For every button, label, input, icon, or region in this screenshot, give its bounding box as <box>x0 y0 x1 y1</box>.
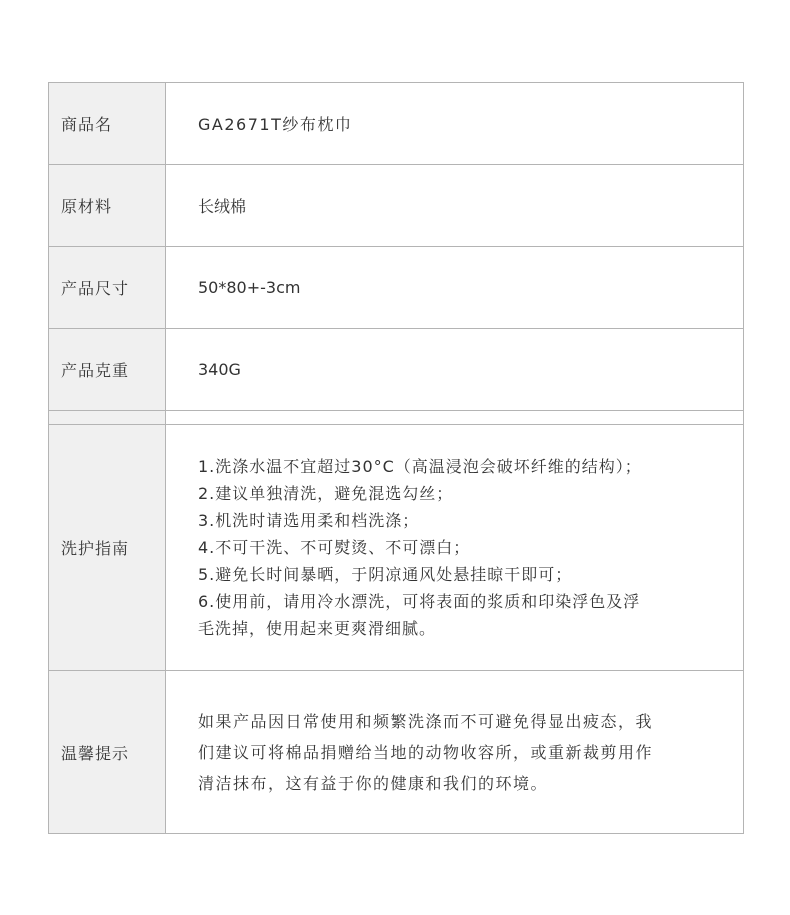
value-size: 50*80+-3cm <box>166 247 744 329</box>
label-warm-tip: 温馨提示 <box>49 671 166 834</box>
row-care-guide: 洗护指南 1.洗涤水温不宜超过30°C（高温浸泡会破坏纤维的结构）； 2.建议单… <box>49 425 744 671</box>
row-warm-tip: 温馨提示 如果产品因日常使用和频繁洗涤而不可避免得显出疲态，我们建议可将棉品捐赠… <box>49 671 744 834</box>
care-line: 5.避免长时间暴晒，于阴凉通风处悬挂晾干即可； <box>198 561 743 588</box>
warm-tip-text: 如果产品因日常使用和频繁洗涤而不可避免得显出疲态，我们建议可将棉品捐赠给当地的动… <box>198 706 668 799</box>
value-weight: 340G <box>166 329 744 411</box>
row-spacer <box>49 411 744 425</box>
label-product-name: 商品名 <box>49 83 166 165</box>
spacer-label-cell <box>49 411 166 425</box>
care-line: 6.使用前，请用冷水漂洗，可将表面的浆质和印染浮色及浮 <box>198 588 743 615</box>
value-care-guide: 1.洗涤水温不宜超过30°C（高温浸泡会破坏纤维的结构）； 2.建议单独清洗，避… <box>166 425 744 671</box>
label-material: 原材料 <box>49 165 166 247</box>
row-product-name: 商品名 GA2671T纱布枕巾 <box>49 83 744 165</box>
label-weight: 产品克重 <box>49 329 166 411</box>
spacer-value-cell <box>166 411 744 425</box>
row-weight: 产品克重 340G <box>49 329 744 411</box>
value-warm-tip: 如果产品因日常使用和频繁洗涤而不可避免得显出疲态，我们建议可将棉品捐赠给当地的动… <box>166 671 744 834</box>
care-line: 3.机洗时请选用柔和档洗涤； <box>198 507 743 534</box>
care-line: 1.洗涤水温不宜超过30°C（高温浸泡会破坏纤维的结构）； <box>198 453 743 480</box>
row-size: 产品尺寸 50*80+-3cm <box>49 247 744 329</box>
care-instructions-list: 1.洗涤水温不宜超过30°C（高温浸泡会破坏纤维的结构）； 2.建议单独清洗，避… <box>198 453 743 642</box>
label-care-guide: 洗护指南 <box>49 425 166 671</box>
product-spec-table: 商品名 GA2671T纱布枕巾 原材料 长绒棉 产品尺寸 50*80+-3cm … <box>48 82 744 834</box>
label-size: 产品尺寸 <box>49 247 166 329</box>
care-line: 毛洗掉，使用起来更爽滑细腻。 <box>198 615 743 642</box>
value-product-name: GA2671T纱布枕巾 <box>166 83 744 165</box>
value-material: 长绒棉 <box>166 165 744 247</box>
row-material: 原材料 长绒棉 <box>49 165 744 247</box>
care-line: 2.建议单独清洗，避免混选勾丝； <box>198 480 743 507</box>
care-line: 4.不可干洗、不可熨烫、不可漂白； <box>198 534 743 561</box>
